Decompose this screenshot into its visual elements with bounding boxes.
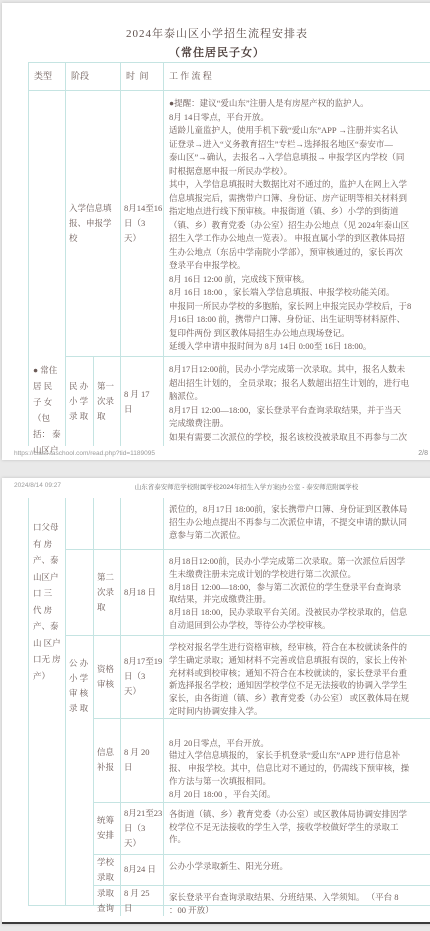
stage-cell-public-school: 公 办 小 学 审 核 录 取: [66, 636, 94, 905]
type-cell-continued: 口父母 有 房 产、泰 山区户 口 三 代 房 产、泰 山 区户 口无 房 产）: [29, 498, 66, 905]
row-private-second-admission: 第二 次录 取 8月18 日 8月18日12:00前，民办小学完成第二次录取。第…: [66, 550, 430, 636]
time-cell-empty: [121, 498, 164, 549]
row-school-admission: 学校 录取 8月24 日 公办小学录取新生、阳光分班。: [94, 855, 430, 886]
document-page-1: 2024年泰山区小学招生流程安排表 （常住居民子女） 类型 阶段 时 间 工 作…: [2, 3, 430, 460]
time-text: 8 月 17 日: [121, 387, 150, 417]
substage-text: 第一 次录 取: [94, 379, 114, 424]
footer-url: https://class.taschool.com/read.php?tid=…: [14, 450, 155, 457]
substage-cell-empty: [94, 498, 121, 549]
public-school-block: 公 办 小 学 审 核 录 取 资格 审核 8月17至19 日（3 天） 学校对…: [66, 636, 430, 905]
row-private-first-admission: 民 办 小 学 录 取 第一 次录 取 8 月 17 日 8月17日12:00前…: [66, 357, 430, 446]
col-header-time: 时 间: [121, 63, 164, 90]
time-text: 8月18 日: [121, 585, 156, 600]
workflow-cell: 公办小学录取新生、阳光分班。: [164, 855, 430, 885]
time-text: 8 月 25 日: [121, 886, 150, 916]
row-first-admission-continued: 派位的，8月17日 18:00前，家长携带户口簿、身份证到区教体局 招生办公地点…: [66, 498, 430, 550]
stage-text: 入学信息填 报、申报学 校: [66, 201, 112, 246]
substage-text: 资格 审核: [94, 662, 114, 692]
header-datetime: 2024/8/14 09:27: [14, 482, 61, 489]
time-text: 8月24 日: [121, 862, 156, 877]
workflow-cell: 派位的，8月17日 18:00前，家长携带户口簿、身份证到区教体局 招生办公地点…: [164, 498, 430, 549]
workflow-cell: 8月 20日零点，平台开放。 错过入学信息填报的， 家长手机登录“爱山东”APP…: [164, 719, 430, 802]
time-text: 8月21至23 日（3 天）: [121, 806, 162, 851]
substage-cell: 信息 补报: [94, 719, 121, 802]
col-header-stage: 阶段: [66, 63, 121, 90]
workflow-cell: 学校对报名学生进行资格审核，经审核，符合在本校就读条件的 学生确定录取；通知材料…: [164, 636, 430, 718]
row-overall-arrangement: 统筹 安排 8月21至23 日（3 天） 各街道（镇、乡）教育党委（办公室）或区…: [94, 803, 430, 855]
row-qualification-review: 资格 审核 8月17至19 日（3 天） 学校对报名学生进行资格审核，经审核，符…: [94, 636, 430, 719]
stage-cell: 民 办 小 学 录 取: [66, 357, 94, 446]
workflow-cell: 各街道（镇、乡）教育党委（办公室）或区教体局协调安排因学 校学位不足无法接收的学…: [164, 803, 430, 854]
row-info-registration: 入学信息填 报、申报学 校 8月14至16 日（3 天） ●提醒：建议“爱山东”…: [66, 91, 430, 357]
time-cell: 8 月 17 日: [121, 357, 164, 446]
page-subtitle: （常住居民子女）: [2, 44, 430, 60]
time-text: 8月17至19 日（3 天）: [121, 654, 162, 699]
workflow-cell: 家长登录平台查询录取结果、分班结果、入学须知。 （平台 8 ：00 开放）: [164, 886, 430, 917]
time-cell: 8月21至23 日（3 天）: [121, 803, 164, 854]
time-cell: 8 月 20 日: [121, 719, 164, 802]
time-cell: 8月18 日: [121, 550, 164, 635]
substage-text: 信息 补报: [94, 745, 114, 775]
footer-page-number: 2/8: [418, 450, 428, 457]
substage-cell: 统筹 安排: [94, 803, 121, 854]
stage-cell: 入学信息填 报、申报学 校: [66, 91, 121, 356]
row-admission-query: 录取 查询 8 月 25 日 家长登录平台查询录取结果、分班结果、入学须知。 （…: [94, 886, 430, 917]
workflow-cell: ●提醒：建议“爱山东”注册人是有房屋产权的监护人。 8月 14日零点，平台开放。…: [164, 91, 430, 356]
stage-cell-empty: [66, 550, 94, 635]
workflow-cell: 8月18日12:00前，民办小学完成第二次录取。第一次派位后因学 生未缴费注册未…: [164, 550, 430, 635]
substage-cell: 第二 次录 取: [94, 550, 121, 635]
substage-cell: 资格 审核: [94, 636, 121, 718]
type-text-continued: 口父母 有 房 产、泰 山区户 口 三 代 房 产、泰 山 区户 口无 房 产）: [29, 519, 65, 684]
time-text: 8 月 20 日: [121, 745, 150, 775]
stage-text: 公 办 小 学 审 核 录 取: [66, 656, 93, 716]
page-title: 2024年泰山区小学招生流程安排表: [2, 25, 430, 41]
time-cell: 8月24 日: [121, 855, 164, 885]
row-supplementary-report: 信息 补报 8 月 20 日 8月 20日零点，平台开放。 错过入学信息填报的，…: [94, 719, 430, 803]
schedule-table-page2: 口父母 有 房 产、泰 山区户 口 三 代 房 产、泰 山 区户 口无 房 产）…: [28, 498, 430, 906]
table-header-row: 类型 阶段 时 间 工 作 流 程: [29, 63, 430, 91]
time-cell: 8 月 25 日: [121, 886, 164, 917]
table-body-page1: ● 常住 居 民 子 女 （包 括： 泰 山区户 入学信息填 报、申报学 校 8…: [29, 91, 430, 446]
schedule-table-page1: 类型 阶段 时 间 工 作 流 程 ● 常住 居 民 子 女 （包 括： 泰 山…: [28, 62, 430, 446]
type-text: ● 常住 居 民 子 女 （包 括： 泰 山区户: [29, 362, 65, 458]
time-cell: 8月14至16 日（3 天）: [121, 91, 164, 356]
document-page-2: 2024/8/14 09:27 山东省泰安师范学校附属学校2024年招生入学方案…: [2, 478, 430, 924]
substage-cell: 学校 录取: [94, 855, 121, 885]
time-text: 8月14至16 日（3 天）: [121, 201, 162, 246]
col-header-type: 类型: [29, 63, 66, 90]
substage-text: 学校 录取: [94, 855, 114, 885]
print-footer: https://class.taschool.com/read.php?tid=…: [14, 450, 428, 457]
substage-text: 录取 查询: [94, 886, 114, 916]
type-cell-resident-children: ● 常住 居 民 子 女 （包 括： 泰 山区户: [29, 91, 66, 446]
substage-cell: 第一 次录 取: [94, 357, 121, 446]
stage-text: 民 办 小 学 录 取: [66, 379, 88, 424]
substage-cell: 录取 查询: [94, 886, 121, 917]
substage-text: 第二 次录 取: [94, 570, 114, 615]
substage-text: 统筹 安排: [94, 813, 114, 843]
screenshot-root: { "p1": { "title": "2024年泰山区小学招生流程安排表", …: [0, 0, 430, 931]
time-cell: 8月17至19 日（3 天）: [121, 636, 164, 718]
col-header-workflow: 工 作 流 程: [164, 63, 430, 90]
stage-cell-empty: [66, 498, 94, 549]
print-header: 2024/8/14 09:27 山东省泰安师范学校附属学校2024年招生入学方案…: [14, 482, 426, 491]
workflow-cell: 8月17日12:00前，民办小学完成第一次录取。其中，报名人数未 超出招生计划的…: [164, 357, 430, 446]
header-document-title: 山东省泰安师范学校附属学校2024年招生入学方案|办公室 - 泰安师范附属学校: [61, 482, 426, 491]
